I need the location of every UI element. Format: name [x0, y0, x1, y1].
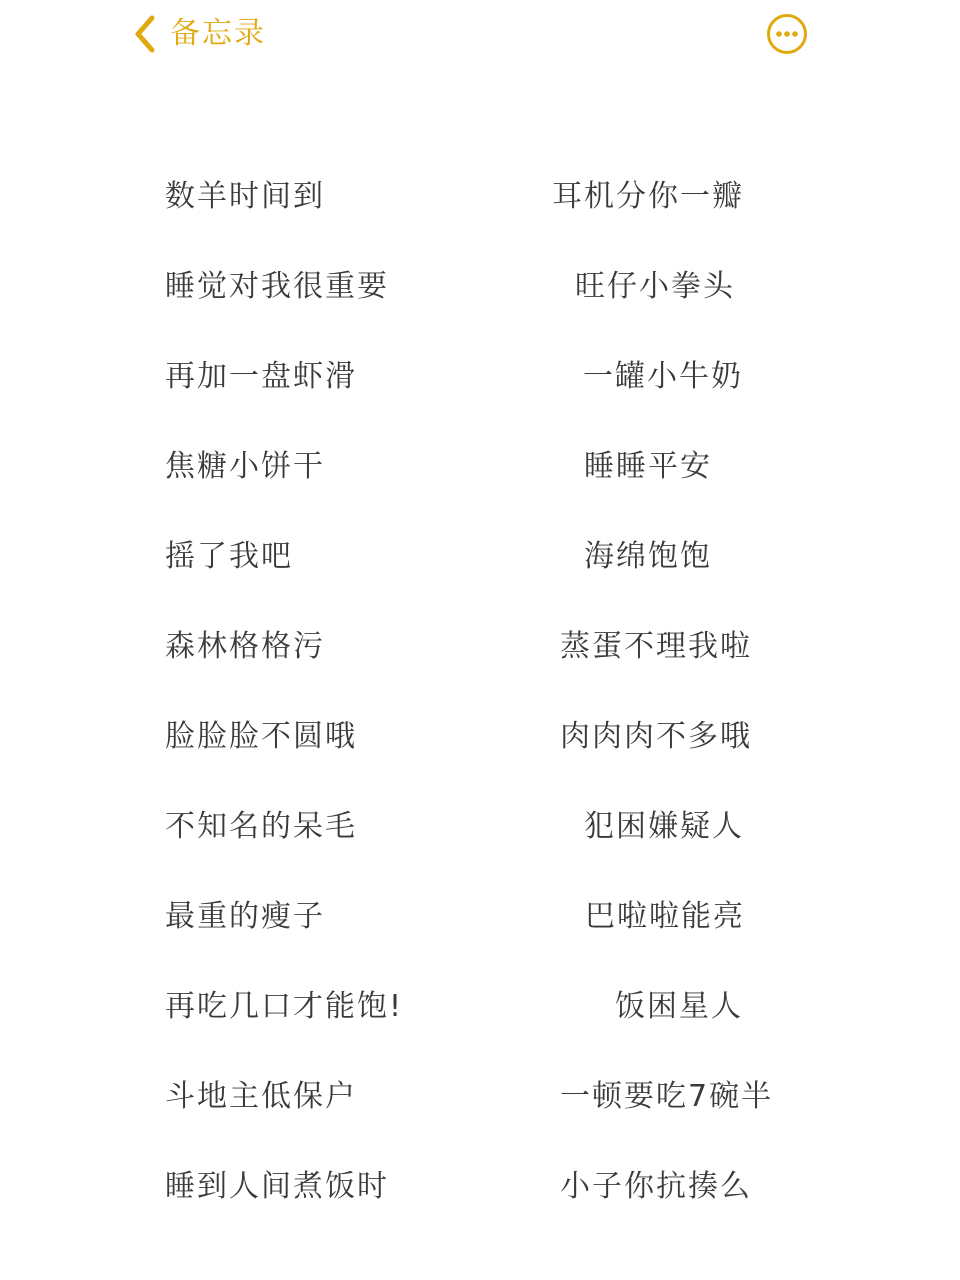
name-left-1: 数羊时间到	[165, 177, 325, 217]
name-right-11: 一顿要吃7碗半	[560, 1077, 773, 1117]
note-content[interactable]: 数羊时间到 睡觉对我很重要 再加一盘虾滑 焦糖小饼干 摇了我吧 森林格格污 脸脸…	[0, 0, 960, 1280]
name-right-12: 小子你抗揍么	[560, 1167, 752, 1207]
name-right-8: 犯困嫌疑人	[584, 807, 744, 847]
name-left-12: 睡到人间煮饭时	[165, 1167, 389, 1207]
name-left-6: 森林格格污	[165, 627, 325, 667]
name-right-6: 蒸蛋不理我啦	[560, 627, 752, 667]
name-right-5: 海绵饱饱	[584, 537, 712, 577]
name-left-9: 最重的瘦子	[165, 897, 325, 937]
name-right-9: 巴啦啦能亮	[585, 897, 745, 937]
name-left-8: 不知名的呆毛	[165, 807, 357, 847]
name-left-7: 脸脸脸不圆哦	[165, 717, 357, 757]
name-left-5: 摇了我吧	[165, 537, 293, 577]
name-right-1: 耳机分你一瓣	[552, 177, 744, 217]
name-right-7: 肉肉肉不多哦	[560, 717, 752, 757]
name-left-4: 焦糖小饼干	[165, 447, 325, 487]
name-left-2: 睡觉对我很重要	[165, 267, 389, 307]
name-left-3: 再加一盘虾滑	[165, 357, 357, 397]
name-left-10: 再吃几口才能饱!	[165, 987, 403, 1027]
name-right-4: 睡睡平安	[584, 447, 712, 487]
name-right-3: 一罐小牛奶	[583, 357, 743, 397]
name-left-11: 斗地主低保户	[165, 1077, 357, 1117]
name-right-2: 旺仔小拳头	[575, 267, 735, 307]
name-right-10: 饭困星人	[615, 987, 743, 1027]
